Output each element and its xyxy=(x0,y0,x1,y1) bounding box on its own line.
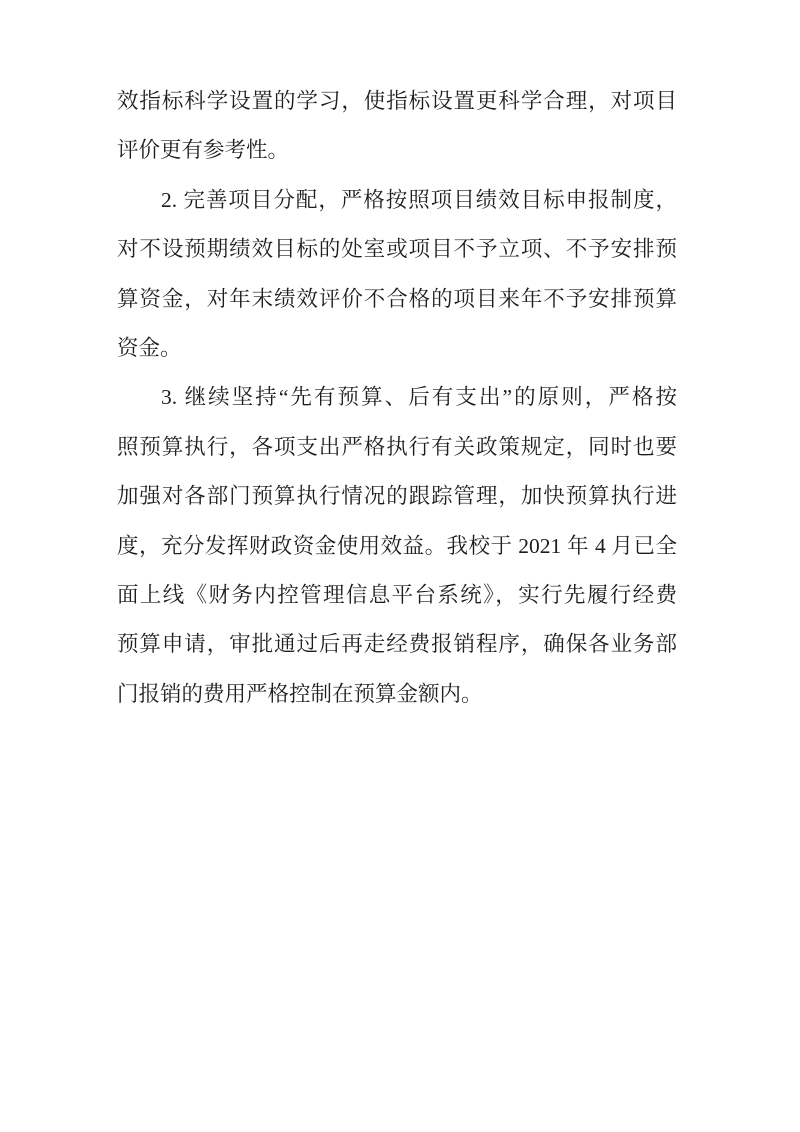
text-line: 资金。 xyxy=(117,324,677,373)
text-line: 加强对各部门预算执行情况的跟踪管理，加快预算执行进 xyxy=(117,472,677,521)
text-line: 预算申请，审批通过后再走经费报销程序，确保各业务部 xyxy=(117,620,677,669)
text-line: 评价更有参考性。 xyxy=(117,126,677,175)
text-block: 效指标科学设置的学习，使指标设置更科学合理，对项目 评价更有参考性。 2. 完善… xyxy=(117,77,677,719)
text-line: 度，充分发挥财政资金使用效益。我校于 2021 年 4 月已全 xyxy=(117,522,677,571)
text-line: 照预算执行，各项支出严格执行有关政策规定，同时也要 xyxy=(117,423,677,472)
document-page: 效指标科学设置的学习，使指标设置更科学合理，对项目 评价更有参考性。 2. 完善… xyxy=(0,0,800,1132)
text-line: 效指标科学设置的学习，使指标设置更科学合理，对项目 xyxy=(117,77,677,126)
text-line: 对不设预期绩效目标的处室或项目不予立项、不予安排预 xyxy=(117,225,677,274)
text-line: 门报销的费用严格控制在预算金额内。 xyxy=(117,670,677,719)
text-line: 3. 继续坚持“先有预算、后有支出”的原则，严格按 xyxy=(117,373,677,422)
text-line: 2. 完善项目分配，严格按照项目绩效目标申报制度， xyxy=(117,176,677,225)
text-line: 面上线《财务内控管理信息平台系统》，实行先履行经费 xyxy=(117,571,677,620)
text-line: 算资金，对年末绩效评价不合格的项目来年不予安排预算 xyxy=(117,275,677,324)
